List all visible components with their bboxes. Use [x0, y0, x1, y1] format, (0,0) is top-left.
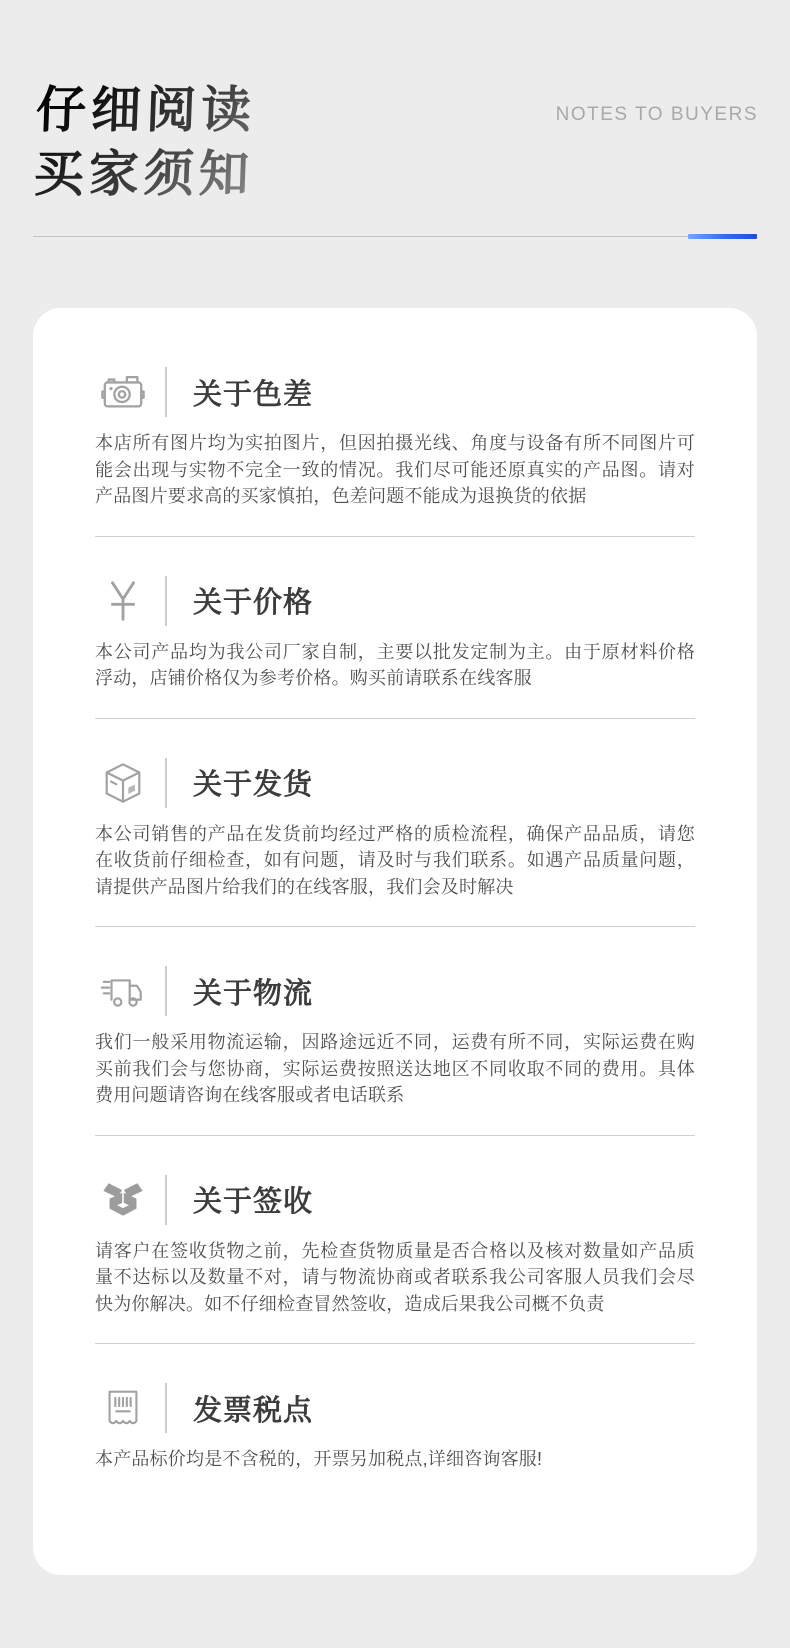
header-divider — [33, 236, 757, 237]
page-title: 仔细阅读 买家须知 — [33, 78, 257, 206]
section-body: 本公司产品均为我公司厂家自制，主要以批发定制为主。由于原材料价格浮动，店铺价格仅… — [95, 639, 695, 692]
notes-section: 关于价格 本公司产品均为我公司厂家自制，主要以批发定制为主。由于原材料价格浮动，… — [95, 536, 695, 718]
vertical-divider — [165, 576, 167, 626]
header-divider-accent — [688, 234, 757, 239]
open-box-icon — [95, 1176, 151, 1224]
yen-icon — [95, 577, 151, 625]
section-header: 关于发货 — [95, 759, 695, 807]
section-body: 本产品标价均是不含税的，开票另加税点,详细咨询客服! — [95, 1446, 695, 1473]
vertical-divider — [165, 1175, 167, 1225]
section-header: 关于签收 — [95, 1176, 695, 1224]
section-title: 关于价格 — [193, 580, 313, 621]
page-header: 仔细阅读 买家须知 NOTES TO BUYERS — [0, 0, 790, 308]
section-title: 关于色差 — [193, 372, 313, 413]
vertical-divider — [165, 966, 167, 1016]
camera-icon — [95, 368, 151, 416]
section-body: 本店所有图片均为实拍图片，但因拍摄光线、角度与设备有所不同图片可能会出现与实物不… — [95, 430, 695, 510]
notes-card: 关于色差 本店所有图片均为实拍图片，但因拍摄光线、角度与设备有所不同图片可能会出… — [33, 308, 757, 1575]
section-header: 发票税点 — [95, 1384, 695, 1432]
page-subtitle-en: NOTES TO BUYERS — [556, 104, 758, 126]
section-body: 我们一般采用物流运输，因路途远近不同，运费有所不同，实际运费在购买前我们会与您协… — [95, 1029, 695, 1109]
receipt-icon — [95, 1384, 151, 1432]
section-title: 关于签收 — [193, 1179, 313, 1220]
notes-section: 发票税点 本产品标价均是不含税的，开票另加税点,详细咨询客服! — [95, 1343, 695, 1499]
section-body: 请客户在签收货物之前，先检查货物质量是否合格以及核对数量如产品质量不达标以及数量… — [95, 1238, 695, 1318]
package-icon — [95, 759, 151, 807]
section-title: 关于物流 — [193, 971, 313, 1012]
truck-icon — [95, 967, 151, 1015]
page-title-line2: 买家须知 — [33, 142, 255, 206]
section-title: 关于发货 — [193, 762, 313, 803]
notes-section: 关于发货 本公司销售的产品在发货前均经过严格的质检流程，确保产品品质，请您在收货… — [95, 718, 695, 927]
section-header: 关于色差 — [95, 368, 695, 416]
section-title: 发票税点 — [193, 1388, 313, 1429]
vertical-divider — [165, 758, 167, 808]
notes-section: 关于签收 请客户在签收货物之前，先检查货物质量是否合格以及核对数量如产品质量不达… — [95, 1135, 695, 1344]
notes-section: 关于色差 本店所有图片均为实拍图片，但因拍摄光线、角度与设备有所不同图片可能会出… — [95, 368, 695, 536]
vertical-divider — [165, 1383, 167, 1433]
page-title-line1: 仔细阅读 — [35, 78, 257, 142]
vertical-divider — [165, 367, 167, 417]
section-body: 本公司销售的产品在发货前均经过严格的质检流程，确保产品品质，请您在收货前仔细检查… — [95, 821, 695, 901]
notes-section: 关于物流 我们一般采用物流运输，因路途远近不同，运费有所不同，实际运费在购买前我… — [95, 926, 695, 1135]
section-header: 关于物流 — [95, 967, 695, 1015]
section-header: 关于价格 — [95, 577, 695, 625]
